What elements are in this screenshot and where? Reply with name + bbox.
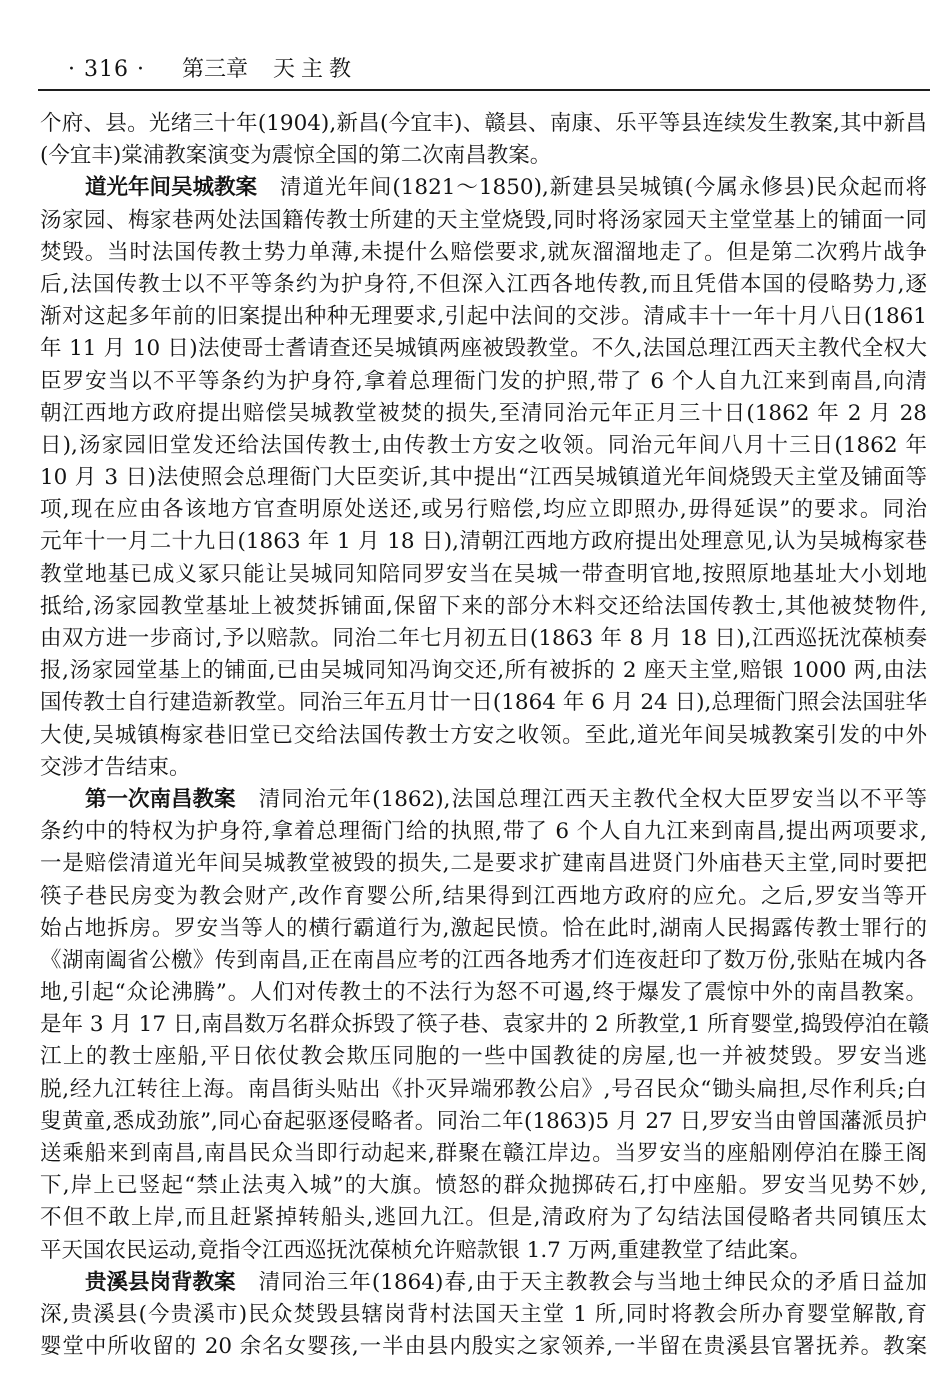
paragraph: 道光年间吴城教案清道光年间(1821～1850),新建县吴城镇(今属永修县)民众…: [40, 172, 927, 784]
line-text: 清道光年间(1821～1850),新建县吴城镇(今属永修县)民众起而将: [279, 175, 927, 200]
text-line: (今宜丰)棠浦教案演变为震惊全国的第二次南昌教案。: [40, 140, 927, 172]
paragraph: 贵溪县岗背教案清同治三年(1864)春,由于天主教教会与当地士绅民众的矛盾日益加…: [40, 1267, 927, 1364]
header-rule: [38, 89, 930, 91]
section-heading: 贵溪县岗背教案: [85, 1267, 236, 1299]
text-line: 10 月 3 日)法使照会总理衙门大臣奕䜣,其中提出“江西吴城镇道光年间烧毁天主…: [40, 462, 927, 494]
text-line: 《湖南阖省公檄》传到南昌,正在南昌应考的江西各地秀才们连夜赶印了数万份,张贴在城…: [40, 945, 927, 977]
text-line: 是年 3 月 17 日,南昌数万名群众拆毁了筷子巷、袁家井的 2 所教堂,1 所…: [40, 1009, 927, 1041]
text-line: 第一次南昌教案清同治元年(1862),法国总理江西天主教代全权大臣罗安当以不平等: [40, 784, 927, 816]
line-text: 清同治三年(1864)春,由于天主教教会与当地士绅民众的矛盾日益加: [258, 1270, 927, 1295]
line-text: 清同治元年(1862),法国总理江西天主教代全权大臣罗安当以不平等: [258, 787, 927, 812]
running-header: · 316 · 第三章 天主教: [68, 56, 357, 84]
page-number: · 316 ·: [68, 56, 145, 84]
text-line: 臣罗安当以不平等条约为护身符,拿着总理衙门发的护照,带了 6 个人自九江来到南昌…: [40, 366, 927, 398]
text-line: 始占地拆房。罗安当等人的横行霸道行为,激起民愤。恰在此时,湖南人民揭露传教士罪行…: [40, 913, 927, 945]
text-line: 条约中的特权为护身符,拿着总理衙门给的执照,带了 6 个人自九江来到南昌,提出两…: [40, 816, 927, 848]
chapter-title: 天主教: [273, 56, 357, 84]
chapter-number: 第三章: [182, 56, 248, 84]
text-line: 项,现在应由各该地方官查明原处送还,或另行赔偿,均应立即照办,毋得延误”的要求。…: [40, 494, 927, 526]
text-line: 深,贵溪县(今贵溪市)民众焚毁县辖岗背村法国天主堂 1 所,同时将教会所办育婴堂…: [40, 1299, 927, 1331]
text-line: 国传教士自行建造新教堂。同治三年五月廿一日(1864 年 6 月 24 日),总…: [40, 687, 927, 719]
body-text: 个府、县。光绪三十年(1904),新昌(今宜丰)、赣县、南康、乐平等县连续发生教…: [40, 108, 927, 1363]
text-line: 脱,经九江转往上海。南昌街头贴出《扑灭异端邪教公启》,号召民众“锄头扁担,尽作利…: [40, 1074, 927, 1106]
text-line: 地,引起“众论沸腾”。人们对传教士的不法行为怒不可遏,终于爆发了震惊中外的南昌教…: [40, 977, 927, 1009]
paragraph: 第一次南昌教案清同治元年(1862),法国总理江西天主教代全权大臣罗安当以不平等…: [40, 784, 927, 1267]
text-line: 年 11 月 10 日)法使哥士耆请查还吴城镇两座被毁教堂。不久,法国总理江西天…: [40, 333, 927, 365]
text-line: 送乘船来到南昌,南昌民众当即行动起来,群聚在赣江岸边。当罗安当的座船刚停泊在滕王…: [40, 1138, 927, 1170]
paragraph: 个府、县。光绪三十年(1904),新昌(今宜丰)、赣县、南康、乐平等县连续发生教…: [40, 108, 927, 172]
text-line: 元年十一月二十九日(1863 年 1 月 18 日),清朝江西地方政府提出处理意…: [40, 526, 927, 558]
text-line: 朝江西地方政府提出赔偿吴城教堂被焚的损失,至清同治元年正月三十日(1862 年 …: [40, 398, 927, 430]
text-line: 个府、县。光绪三十年(1904),新昌(今宜丰)、赣县、南康、乐平等县连续发生教…: [40, 108, 927, 140]
text-line: 报,汤家园堂基上的铺面,已由吴城同知冯询交还,所有被拆的 2 座天主堂,赔银 1…: [40, 655, 927, 687]
text-line: 下,岸上已竖起“禁止法夷入城”的大旗。愤怒的群众抛掷砖石,打中座船。罗安当见势不…: [40, 1170, 927, 1202]
text-line: 渐对这起多年前的旧案提出种种无理要求,引起中法间的交涉。清咸丰十一年十月八日(1…: [40, 301, 927, 333]
text-line: 交涉才告结束。: [40, 752, 927, 784]
text-line: 焚毁。当时法国传教士势力单薄,未提什么赔偿要求,就灰溜溜地走了。但是第二次鸦片战…: [40, 237, 927, 269]
text-line: 江上的教士座船,平日依仗教会欺压同胞的一些中国教徒的房屋,也一并被焚毁。罗安当逃: [40, 1041, 927, 1073]
text-line: 平天国农民运动,竟指令江西巡抚沈葆桢允许赔款银 1.7 万两,重建教堂了结此案。: [40, 1235, 927, 1267]
text-line: 道光年间吴城教案清道光年间(1821～1850),新建县吴城镇(今属永修县)民众…: [40, 172, 927, 204]
text-line: 由双方进一步商讨,予以赔款。同治二年七月初五日(1863 年 8 月 18 日)…: [40, 623, 927, 655]
text-line: 教堂地基已成义冢只能让吴城同知陪同罗安当在吴城一带查明官地,按照原地基址大小划地: [40, 559, 927, 591]
text-line: 筷子巷民房变为教会财产,改作育婴公所,结果得到江西地方政府的应允。之后,罗安当等…: [40, 881, 927, 913]
text-line: 不但不敢上岸,而且赶紧掉转船头,逃回九江。但是,清政府为了勾结法国侵略者共同镇压…: [40, 1202, 927, 1234]
text-line: 叟黄童,悉成劲旅”,同心奋起驱逐侵略者。同治二年(1863)5 月 27 日,罗…: [40, 1106, 927, 1138]
section-heading: 第一次南昌教案: [85, 784, 236, 816]
text-line: 婴堂中所收留的 20 余名女婴孩,一半由县内殷实之家领养,一半留在贵溪县官署抚养…: [40, 1331, 927, 1363]
text-line: 后,法国传教士以不平等条约为护身符,不但深入江西各地传教,而且凭借本国的侵略势力…: [40, 269, 927, 301]
text-line: 日),汤家园旧堂发还给法国传教士,由传教士方安之收领。同治元年间八月十三日(18…: [40, 430, 927, 462]
text-line: 抵给,汤家园教堂基址上被焚拆铺面,保留下来的部分木料交还给法国传教士,其他被焚物…: [40, 591, 927, 623]
section-heading: 道光年间吴城教案: [85, 172, 257, 204]
text-line: 汤家园、梅家巷两处法国籍传教士所建的天主堂烧毁,同时将汤家园天主堂堂基上的铺面一…: [40, 205, 927, 237]
text-line: 一是赔偿清道光年间吴城教堂被毁的损失,二是要求扩建南昌进贤门外庙巷天主堂,同时要…: [40, 848, 927, 880]
text-line: 贵溪县岗背教案清同治三年(1864)春,由于天主教教会与当地士绅民众的矛盾日益加: [40, 1267, 927, 1299]
text-line: 大使,吴城镇梅家巷旧堂已交给法国传教士方安之收领。至此,道光年间吴城教案引发的中…: [40, 720, 927, 752]
